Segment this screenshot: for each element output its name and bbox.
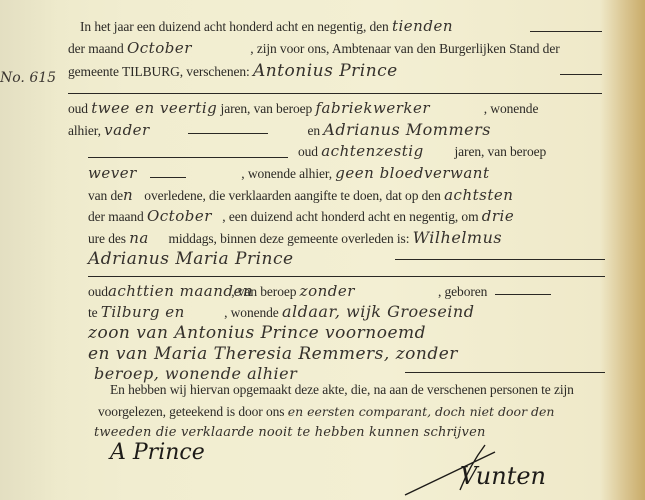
fill-rule (495, 294, 551, 295)
handwritten-relation: vader (104, 121, 304, 139)
text-line-18: tweeden die verklaarde nooit te hebben k… (94, 424, 486, 440)
text-line-11: oudachttien maanden , van beroep zonder … (88, 282, 487, 300)
handwritten-residence: aldaar, wijk Groeseind (282, 302, 474, 321)
text-line-6: wever , wonende alhier, geen bloedverwan… (88, 164, 489, 182)
handwritten-parents-mother: en van Maria Theresia Remmers, zonder (88, 344, 458, 364)
handwritten-death-month: October (147, 207, 219, 225)
printed-text: en (307, 123, 320, 138)
printed-text: , zijn voor ons, Ambtenaar van den Burge… (250, 41, 559, 56)
fill-rule (150, 177, 186, 178)
printed-text: der maand (88, 209, 144, 224)
text-line-7: van den overledene, die verklaarden aang… (88, 186, 513, 204)
handwritten-deceased-name: Adrianus Maria Prince (88, 249, 294, 269)
fill-rule (88, 157, 288, 158)
printed-text: der maand (68, 41, 124, 56)
printed-text: In het jaar een duizend acht honderd ach… (80, 19, 389, 34)
text-line-2: gemeente TILBURG, verschenen: Antonius P… (68, 61, 398, 81)
handwritten-text: n (123, 186, 141, 204)
printed-text: alhier, (68, 123, 101, 138)
handwritten-parents-father: zoon van Antonius Prince voornoemd (88, 323, 426, 343)
signature-flourish (400, 440, 520, 500)
printed-text: voorgelezen, geteekend is door ons (98, 404, 284, 419)
fill-rule (560, 74, 602, 75)
text-line-9: ure des na middags, binnen deze gemeente… (88, 228, 502, 247)
text-line-4: alhier, vader en Adrianus Mommers (68, 120, 491, 139)
handwritten-mother-residence: beroep, wonende alhier (94, 364, 297, 383)
printed-text: jaren, van beroep (221, 101, 313, 116)
record-number: No. 615 (0, 70, 56, 86)
handwritten-date: tienden (392, 17, 453, 35)
handwritten-deceased-occupation: zonder (300, 282, 435, 300)
text-line-16: En hebben wij hiervan opgemaakt deze akt… (110, 382, 574, 398)
handwritten-witness-name: Adrianus Mommers (323, 120, 491, 139)
printed-text: gemeente TILBURG, verschenen: (68, 64, 250, 79)
fill-rule (395, 259, 605, 260)
handwritten-death-day: achtsten (444, 186, 513, 204)
handwritten-witness-occupation: wever (88, 164, 238, 182)
printed-text: overledene, die verklaarden aangifte te … (144, 188, 441, 203)
handwritten-month: October (127, 39, 247, 57)
printed-text: oud (88, 284, 108, 299)
printed-text: , wonende alhier, (241, 166, 332, 181)
printed-text: , van beroep (231, 284, 296, 299)
printed-text: van de (88, 188, 123, 203)
printed-text: , een duizend acht honderd acht en negen… (222, 209, 478, 224)
printed-text: , wonende (484, 101, 539, 116)
handwritten-deceased-first-name: Wilhelmus (413, 228, 502, 247)
text-line-14: en van Maria Theresia Remmers, zonder (88, 344, 458, 364)
fill-rule (88, 276, 605, 277)
text-line-10: Adrianus Maria Prince (88, 249, 294, 269)
fill-rule (530, 31, 602, 32)
text-line-17: voorgelezen, geteekend is door ons en ee… (98, 404, 554, 420)
handwritten-signing-note: en eersten comparant, doch niet door den (288, 404, 555, 419)
handwritten-informant-name: Antonius Prince (253, 61, 398, 81)
text-line-12: te Tilburg en , wonende aldaar, wijk Gro… (88, 302, 474, 321)
handwritten-occupation: fabriekwerker (315, 99, 480, 117)
handwritten-witness-age: achtenzestig (321, 142, 451, 160)
civil-death-record-page: No. 615 In het jaar een duizend acht hon… (0, 0, 645, 500)
handwritten-relationship: geen bloedverwant (335, 164, 489, 182)
printed-text: ure des (88, 231, 126, 246)
printed-text: , geboren (438, 284, 487, 299)
fill-rule (68, 93, 602, 94)
handwritten-birthplace: Tilburg en (101, 303, 221, 321)
handwritten-deceased-age: achttien maanden (108, 282, 228, 300)
handwritten-hour: drie (482, 207, 514, 225)
text-line-13: zoon van Antonius Prince voornoemd (88, 323, 426, 343)
printed-text: oud (298, 144, 318, 159)
text-line-5: oud achtenzestig jaren, van beroep (298, 142, 546, 160)
handwritten-signing-note-cont: tweeden die verklaarde nooit te hebben k… (94, 425, 486, 440)
printed-text: middags, binnen deze gemeente overleden … (168, 231, 409, 246)
fill-rule (188, 133, 268, 134)
text-line-15: beroep, wonende alhier (94, 364, 297, 383)
printed-text: oud (68, 101, 88, 116)
fill-rule (405, 372, 605, 373)
printed-text: , wonende (224, 305, 279, 320)
printed-text: te (88, 305, 98, 320)
text-line-3: oud twee en veertig jaren, van beroep fa… (68, 99, 538, 117)
printed-text: En hebben wij hiervan opgemaakt deze akt… (110, 382, 574, 397)
informant-signature: A Prince (110, 440, 205, 465)
text-line-8: der maand October , een duizend acht hon… (88, 207, 514, 225)
handwritten-time-of-day: na (129, 229, 165, 247)
printed-text: jaren, van beroep (455, 144, 547, 159)
text-line-0: In het jaar een duizend acht honderd ach… (80, 17, 453, 35)
text-line-1: der maand October , zijn voor ons, Ambte… (68, 39, 560, 57)
handwritten-age: twee en veertig (91, 99, 217, 117)
